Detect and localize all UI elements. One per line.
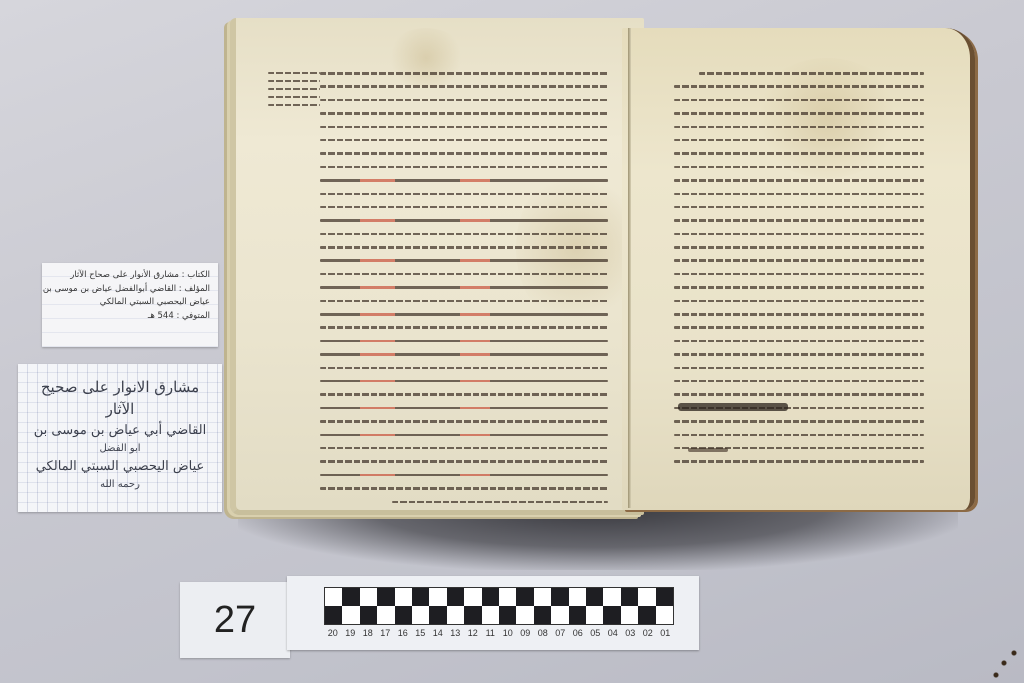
scale-cell [360, 588, 377, 606]
manuscript-line [320, 206, 608, 209]
item-number-card: 27 [180, 582, 290, 658]
scale-cell [325, 606, 342, 624]
manuscript-line [320, 380, 608, 383]
manuscript-line [674, 233, 924, 236]
manuscript-line [320, 313, 608, 316]
manuscript-line [674, 380, 924, 383]
marginal-annotation [268, 72, 320, 112]
scale-cell [638, 588, 655, 606]
scale-label: 09 [517, 628, 535, 638]
handwritten-line: الآثار [28, 398, 212, 420]
scale-label: 14 [429, 628, 447, 638]
left-page-text-block [320, 72, 608, 514]
scale-labels: 2019181716151413121110090807060504030201 [324, 628, 674, 638]
margin-line [268, 104, 320, 106]
manuscript-line [674, 112, 924, 115]
scale-cell [342, 588, 359, 606]
manuscript-line [674, 166, 924, 169]
scale-cell [429, 606, 446, 624]
manuscript-line [320, 219, 608, 222]
scale-cell [551, 588, 568, 606]
manuscript-line [320, 407, 608, 410]
scale-cell [464, 606, 481, 624]
printed-catalog-label: الكتاب : مشارق الأنوار على صحاح الآثار ا… [42, 263, 218, 347]
margin-line [268, 80, 320, 82]
scale-cell [621, 606, 638, 624]
margin-line [268, 88, 320, 90]
manuscript-line [674, 353, 924, 356]
manuscript-line [320, 353, 608, 356]
manuscript-line [320, 152, 608, 155]
label-author-line-cont: عياض اليحصبي السبتي المالكي [50, 296, 210, 310]
scale-cell [603, 588, 620, 606]
scale-label: 07 [552, 628, 570, 638]
manuscript-line [674, 340, 924, 343]
manuscript-line [320, 367, 608, 370]
manuscript-line [674, 393, 924, 396]
manuscript-line [320, 179, 608, 182]
manuscript-line [392, 501, 608, 504]
scale-cell [534, 606, 551, 624]
right-page-text-block [674, 72, 924, 474]
scale-label: 04 [604, 628, 622, 638]
handwritten-line: القاضي أبي عياض بن موسى بن [28, 420, 212, 442]
manuscript-line [320, 286, 608, 289]
scale-label: 10 [499, 628, 517, 638]
chapter-heading [678, 403, 788, 411]
scale-label: 20 [324, 628, 342, 638]
handwritten-line: عياض اليحصبي السبتي المالكي [28, 456, 212, 478]
manuscript-line [674, 219, 924, 222]
manuscript-line [320, 139, 608, 142]
manuscript-line [320, 99, 608, 102]
manuscript-line [674, 126, 924, 129]
scale-cell [412, 588, 429, 606]
closing-signature [688, 448, 728, 452]
manuscript-line [674, 313, 924, 316]
manuscript-line [674, 286, 924, 289]
scale-label: 18 [359, 628, 377, 638]
scale-label: 01 [657, 628, 675, 638]
scale-cell [325, 588, 342, 606]
manuscript-line [320, 273, 608, 276]
manuscript-line [674, 259, 924, 262]
scale-bar: 2019181716151413121110090807060504030201 [287, 576, 699, 650]
manuscript-line [320, 487, 608, 490]
manuscript-line [320, 434, 608, 437]
manuscript-right-page [622, 28, 975, 510]
manuscript-line [320, 72, 608, 75]
scale-cell [342, 606, 359, 624]
label-title-line: الكتاب : مشارق الأنوار على صحاح الآثار [50, 269, 210, 283]
scale-cell [516, 588, 533, 606]
manuscript-line [320, 300, 608, 303]
scale-label: 17 [377, 628, 395, 638]
manuscript-line [320, 112, 608, 115]
scale-label: 03 [622, 628, 640, 638]
scale-cell [569, 588, 586, 606]
label-author-line: المؤلف : القاضي أبوالفضل عياض بن موسى بن [50, 283, 210, 297]
manuscript-line [320, 393, 608, 396]
manuscript-line [320, 447, 608, 450]
scale-cell [586, 588, 603, 606]
scale-cell [551, 606, 568, 624]
manuscript-line [674, 420, 924, 423]
scale-cell [377, 606, 394, 624]
manuscript-line [674, 206, 924, 209]
item-number: 27 [214, 599, 256, 642]
scale-cell [447, 588, 464, 606]
manuscript-line [674, 273, 924, 276]
book-spine [628, 28, 631, 508]
scale-cell [656, 606, 673, 624]
scale-checkerboard [324, 587, 674, 625]
manuscript-line [674, 193, 924, 196]
scale-label: 02 [639, 628, 657, 638]
scale-cell [377, 588, 394, 606]
manuscript-line [699, 72, 924, 75]
scale-cell [412, 606, 429, 624]
scale-cell [603, 606, 620, 624]
scale-label: 05 [587, 628, 605, 638]
scale-cell [482, 588, 499, 606]
manuscript-line [320, 85, 608, 88]
manuscript-line [674, 434, 924, 437]
manuscript-line [320, 246, 608, 249]
scale-label: 15 [412, 628, 430, 638]
margin-line [268, 96, 320, 98]
manuscript-line [674, 85, 924, 88]
scale-cell [482, 606, 499, 624]
manuscript-line [674, 246, 924, 249]
scale-label: 19 [342, 628, 360, 638]
scale-label: 16 [394, 628, 412, 638]
manuscript-line [320, 259, 608, 262]
scale-cell [638, 606, 655, 624]
margin-line [268, 72, 320, 74]
manuscript-line [320, 233, 608, 236]
manuscript-line [320, 166, 608, 169]
handwritten-catalog-label: مشارق الانوار على صحيح الآثار القاضي أبي… [18, 364, 222, 512]
scale-cell [464, 588, 481, 606]
manuscript-line [320, 193, 608, 196]
manuscript-line [320, 126, 608, 129]
handwritten-line: مشارق الانوار على صحيح [28, 376, 212, 398]
scale-cell [395, 606, 412, 624]
manuscript-line [674, 326, 924, 329]
manuscript-line [674, 300, 924, 303]
handwritten-line: ابو الفضل [28, 442, 212, 456]
manuscript-line [674, 367, 924, 370]
manuscript-line [674, 99, 924, 102]
manuscript-line [674, 460, 924, 463]
scale-label: 12 [464, 628, 482, 638]
scale-label: 08 [534, 628, 552, 638]
scale-cell [569, 606, 586, 624]
debris-speckles [984, 623, 1024, 683]
manuscript-line [320, 420, 608, 423]
scale-cell [621, 588, 638, 606]
manuscript-line [320, 326, 608, 329]
scale-cell [447, 606, 464, 624]
scale-cell [586, 606, 603, 624]
manuscript-line [674, 139, 924, 142]
label-death-date-line: المتوفي : 544 هـ [50, 310, 210, 324]
scale-cell [429, 588, 446, 606]
scale-cell [360, 606, 377, 624]
manuscript-line [320, 340, 608, 343]
manuscript-line [674, 152, 924, 155]
handwritten-footnote: رحمه الله [28, 478, 212, 492]
scale-cell [534, 588, 551, 606]
manuscript-line [320, 460, 608, 463]
scale-cell [656, 588, 673, 606]
manuscript-line [320, 474, 608, 477]
scale-cell [499, 606, 516, 624]
scale-cell [516, 606, 533, 624]
scale-label: 13 [447, 628, 465, 638]
manuscript-line [674, 179, 924, 182]
scale-cell [499, 588, 516, 606]
scale-label: 11 [482, 628, 500, 638]
scale-label: 06 [569, 628, 587, 638]
scale-cell [395, 588, 412, 606]
